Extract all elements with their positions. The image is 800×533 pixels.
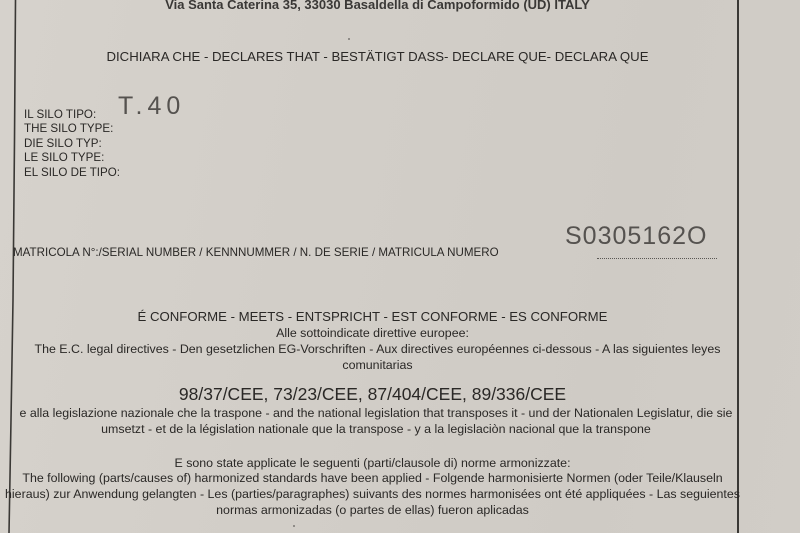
harmonized-standards-italian: E sono state applicate le seguenti (part…: [0, 456, 745, 470]
harmonized-standards-multilingual: The following (parts/causes of) harmoniz…: [0, 471, 745, 518]
serial-number-label: MATRICOLA N°:/SERIAL NUMBER / KENNNUMMER…: [13, 246, 499, 259]
silo-type-label-en: THE SILO TYPE:: [24, 122, 120, 136]
handwritten-serial-number: S0305162O: [565, 222, 707, 251]
national-legislation-text: e alla legislazione nazionale che la tra…: [0, 406, 752, 437]
silo-type-label-it: IL SILO TIPO:: [24, 108, 120, 122]
handwritten-silo-type: T.40: [118, 92, 185, 121]
company-address: Via Santa Caterina 35, 33030 Basaldella …: [0, 0, 755, 12]
directives-intro-multilingual: The E.C. legal directives - Den gesetzli…: [0, 342, 755, 373]
scan-speck: [348, 38, 350, 40]
silo-type-label-de: DIE SILO TYP:: [24, 137, 120, 151]
silo-type-labels: IL SILO TIPO: THE SILO TYPE: DIE SILO TY…: [24, 108, 120, 180]
directive-codes: 98/37/CEE, 73/23/CEE, 87/404/CEE, 89/336…: [0, 384, 745, 405]
silo-type-label-es: EL SILO DE TIPO:: [24, 166, 120, 180]
serial-number-dotted-line: [597, 258, 717, 259]
scanned-certificate-page: Via Santa Caterina 35, 33030 Basaldella …: [0, 0, 800, 533]
scan-speck: [293, 525, 295, 527]
declares-heading: DICHIARA CHE - DECLARES THAT - BESTÄTIGT…: [0, 49, 755, 64]
left-border-line: [8, 0, 18, 533]
conformity-heading: É CONFORME - MEETS - ENTSPRICHT - EST CO…: [0, 309, 745, 324]
right-border-line: [737, 0, 739, 533]
directives-intro-italian: Alle sottoindicate direttive europee:: [0, 326, 745, 340]
silo-type-label-fr: LE SILO TYPE:: [24, 151, 120, 165]
